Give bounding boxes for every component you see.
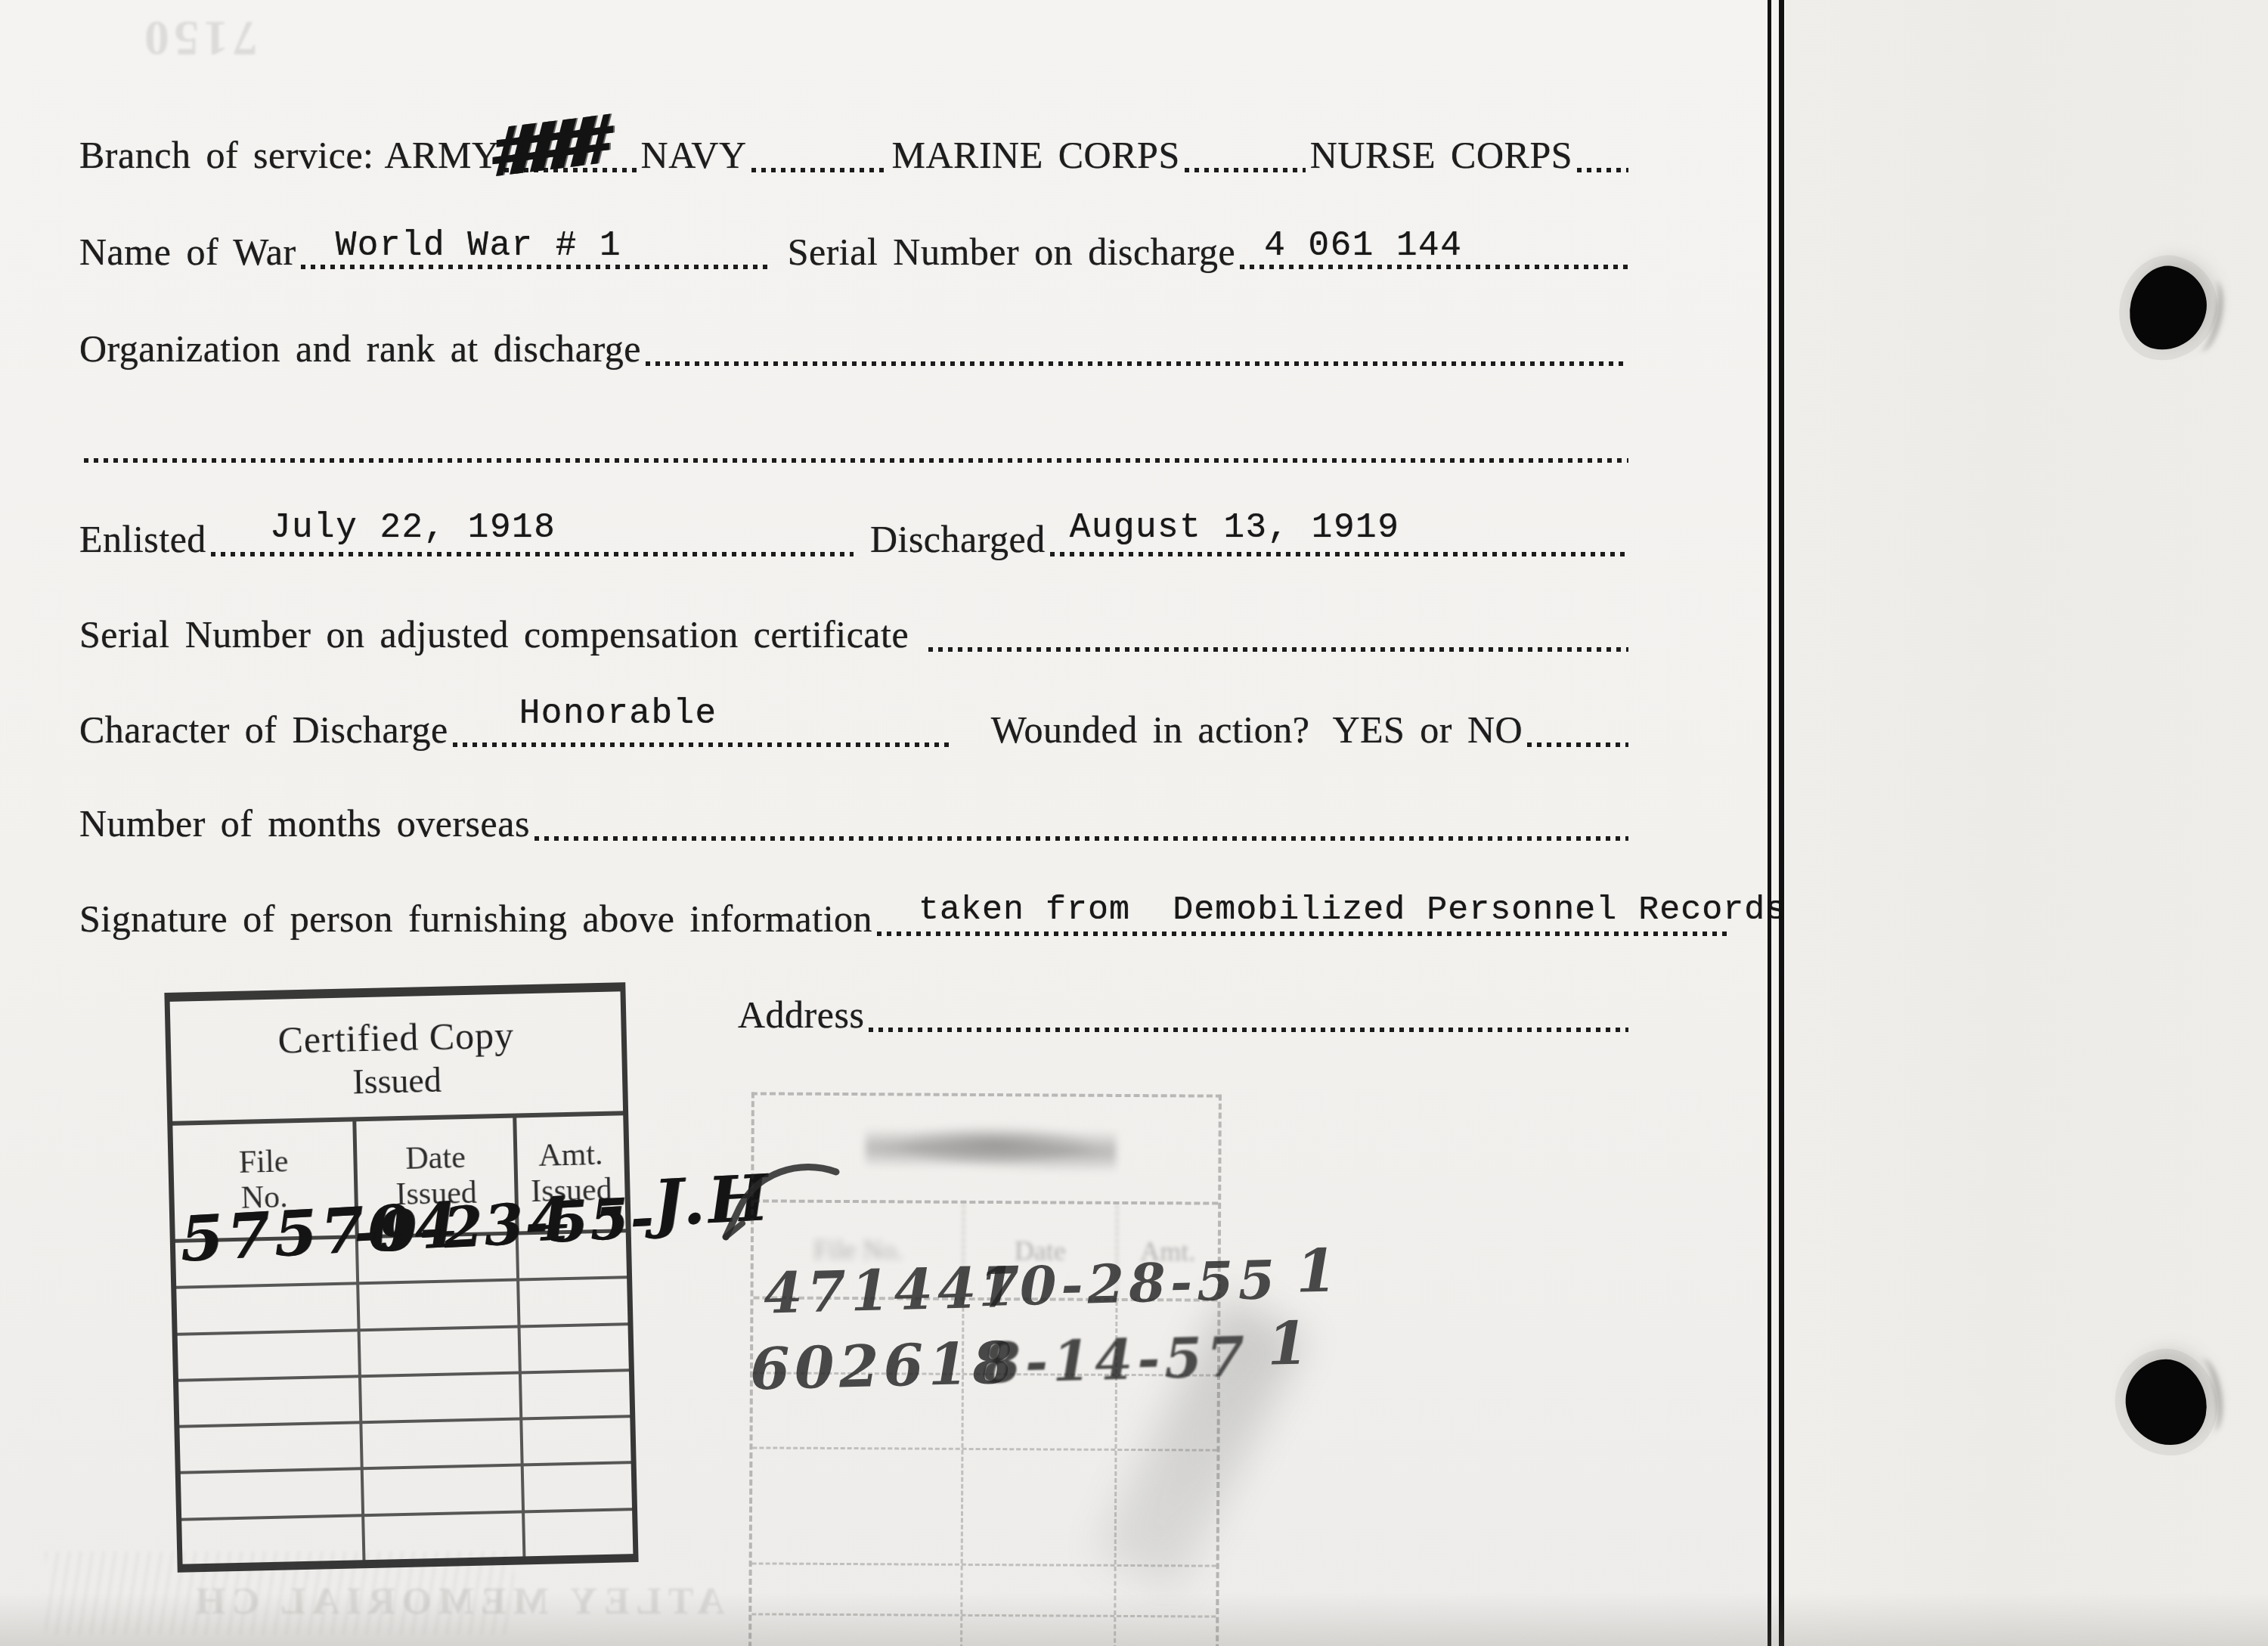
character-dotted-line: Honorable [453, 742, 952, 747]
faint-stamp-header [754, 1095, 1219, 1204]
character-label: Character of Discharge [79, 711, 448, 750]
organization-label: Organization and rank at discharge [79, 330, 641, 369]
continuation-dotted-line [84, 458, 1628, 463]
army-dotted-line: ##### [504, 168, 637, 172]
enlisted-value: July 22, 1918 [270, 508, 556, 547]
overseas-dotted-line [534, 836, 1628, 841]
signature-label: Signature of person furnishing above inf… [79, 900, 872, 939]
stamp-row [181, 1511, 633, 1564]
page-edge-line-right [1779, 0, 1784, 1646]
discharged-label: Discharged [870, 520, 1046, 560]
overseas-label: Number of months overseas [79, 804, 530, 844]
faint-handwritten-file-2: 602618 [749, 1328, 1018, 1403]
faint-stamp-row [751, 1615, 1216, 1646]
serial-discharge-dotted-line: 4 061 144 [1240, 265, 1628, 269]
branch-option-army: ARMY [385, 136, 500, 175]
wounded-dotted-line [1527, 742, 1628, 747]
branch-option-nurse-corps: NURSE CORPS [1310, 136, 1572, 175]
enlisted-dotted-line: July 22, 1918 [211, 552, 854, 556]
branch-option-navy: NAVY [641, 136, 747, 175]
field-branch-of-service: Branch of service: ARMY ##### NAVY MARIN… [79, 127, 1633, 175]
field-name-of-war: Name of War World War # 1 Serial Number … [79, 224, 1633, 272]
faint-stamp-header-smudge [866, 1124, 1117, 1173]
organization-dotted-line [646, 361, 1628, 366]
field-signature: Signature of person furnishing above inf… [79, 891, 1731, 939]
page-edge-line-left [1768, 0, 1771, 1646]
faint-handwritten-amt-1: 1 [1295, 1236, 1343, 1307]
signature-value: taken from Demobilized Personnel Records [919, 891, 1786, 929]
branch-label: Branch of service: [79, 136, 374, 175]
address-dotted-line [869, 1028, 1628, 1032]
field-organization-rank: Organization and rank at discharge [79, 321, 1633, 369]
discharged-value: August 13, 1919 [1070, 508, 1400, 547]
stamp-title: Certified Copy Issued [170, 991, 624, 1125]
branch-option-marine-corps: MARINE CORPS [892, 136, 1180, 175]
marine-dotted-line [1185, 168, 1306, 172]
field-enlisted-discharged: Enlisted July 22, 1918 Discharged August… [79, 511, 1633, 560]
field-serial-adjusted: Serial Number on adjusted compensation c… [79, 606, 1633, 655]
wounded-label: Wounded in action? [991, 711, 1310, 750]
character-value: Honorable [519, 694, 717, 733]
army-tally-mark: ##### [491, 101, 594, 192]
wounded-options: YES or NO [1332, 711, 1523, 750]
certified-copy-stamp: Certified Copy Issued File No. Date Issu… [164, 982, 638, 1573]
serial-adjusted-label: Serial Number on adjusted compensation c… [79, 615, 909, 655]
field-character-wounded: Character of Discharge Honorable Wounded… [79, 702, 1633, 750]
nurse-dotted-line [1577, 168, 1628, 172]
bleed-through-number: 7150 [140, 9, 258, 67]
discharged-dotted-line: August 13, 1919 [1050, 552, 1628, 556]
field-organization-continuation [79, 417, 1633, 466]
war-value: World War # 1 [336, 226, 621, 265]
war-dotted-line: World War # 1 [301, 265, 770, 269]
scanned-service-record-card: 7150 ATLEY MEMORIAL CH Branch of service… [0, 0, 2268, 1646]
field-months-overseas: Number of months overseas [79, 795, 1633, 844]
serial-discharge-label: Serial Number on discharge [788, 233, 1236, 272]
serial-adjusted-dotted-line [928, 647, 1628, 652]
navy-dotted-line [751, 168, 888, 172]
signature-dotted-line: taken from Demobilized Personnel Records [877, 931, 1727, 936]
handwritten-amt-issued: 4 [528, 1185, 576, 1256]
address-label: Address [738, 996, 864, 1035]
enlisted-label: Enlisted [79, 520, 206, 560]
serial-discharge-value: 4 061 144 [1264, 226, 1462, 265]
field-address: Address [738, 987, 1633, 1035]
war-label: Name of War [79, 233, 296, 272]
